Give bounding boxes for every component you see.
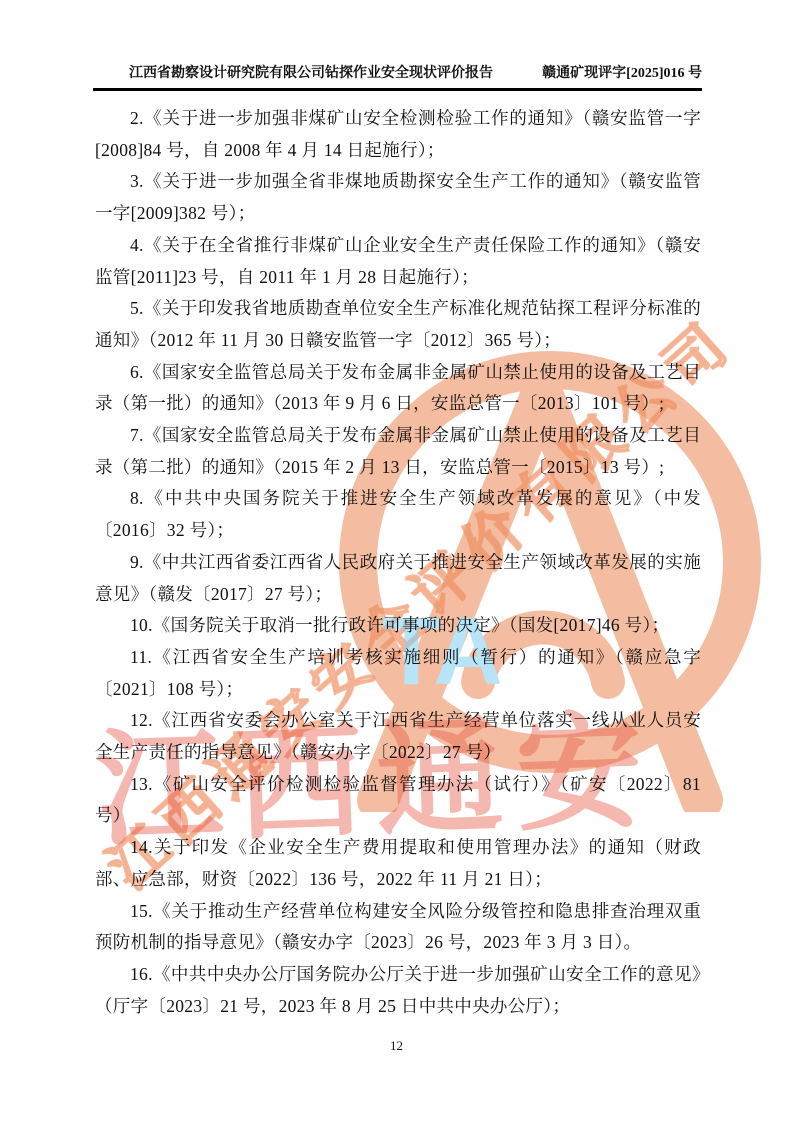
body-paragraph: 11.《江西省安全生产培训考核实施细则（暂行）的通知》（赣应急字〔2021〕10… <box>95 642 701 705</box>
body-paragraph: 2.《关于进一步加强非煤矿山安全检测检验工作的通知》（赣安监管一字[2008]8… <box>95 103 701 166</box>
body-paragraph: 14.关于印发《企业安全生产费用提取和使用管理办法》的通知（财政部、应急部，财资… <box>95 832 701 895</box>
body-paragraph: 5.《关于印发我省地质勘查单位安全生产标准化规范钻探工程评分标准的通知》（201… <box>95 293 701 356</box>
report-title: 江西省勘察设计研究院有限公司钻探作业安全现状评价报告 <box>93 62 493 82</box>
body-paragraph: 12.《江西省安委会办公室关于江西省生产经营单位落实一线从业人员安全生产责任的指… <box>95 705 701 768</box>
body-paragraph: 4.《关于在全省推行非煤矿山企业安全生产责任保险工作的通知》（赣安监管[2011… <box>95 230 701 293</box>
page-header: 江西省勘察设计研究院有限公司钻探作业安全现状评价报告 赣通矿现评字[2025]0… <box>93 62 702 91</box>
body-paragraph: 7.《国家安全监管总局关于发布金属非金属矿山禁止使用的设备及工艺目录（第二批）的… <box>95 420 701 483</box>
body-paragraph: 13.《矿山安全评价检测检验监督管理办法（试行）》（矿安〔2022〕81 号） <box>95 769 701 832</box>
body-paragraph: 16.《中共中央办公厅国务院办公厅关于进一步加强矿山安全工作的意见》（厅字〔20… <box>95 959 701 1022</box>
body-paragraph: 9.《中共江西省委江西省人民政府关于推进安全生产领域改革发展的实施意见》（赣发〔… <box>95 547 701 610</box>
document-page: 江西通安安全评价有限公司 TA 江西通安 江西省勘察设计研究院有限公司钻探作业安… <box>0 0 793 1122</box>
document-number: 赣通矿现评字[2025]016 号 <box>542 62 702 82</box>
body-paragraph: 15.《关于推动生产经营单位构建安全风险分级管控和隐患排查治理双重预防机制的指导… <box>95 896 701 959</box>
body-paragraph: 3.《关于进一步加强全省非煤地质勘探安全生产工作的通知》（赣安监管一字[2009… <box>95 166 701 229</box>
body-paragraph: 6.《国家安全监管总局关于发布金属非金属矿山禁止使用的设备及工艺目录（第一批）的… <box>95 357 701 420</box>
body-paragraph: 8.《中共中央国务院关于推进安全生产领域改革发展的意见》（中发〔2016〕32 … <box>95 483 701 546</box>
main-text: 2.《关于进一步加强非煤矿山安全检测检验工作的通知》（赣安监管一字[2008]8… <box>95 103 701 1022</box>
body-paragraph: 10.《国务院关于取消一批行政许可事项的决定》（国发[2017]46 号）； <box>95 610 701 642</box>
page-number: 12 <box>0 1038 793 1054</box>
